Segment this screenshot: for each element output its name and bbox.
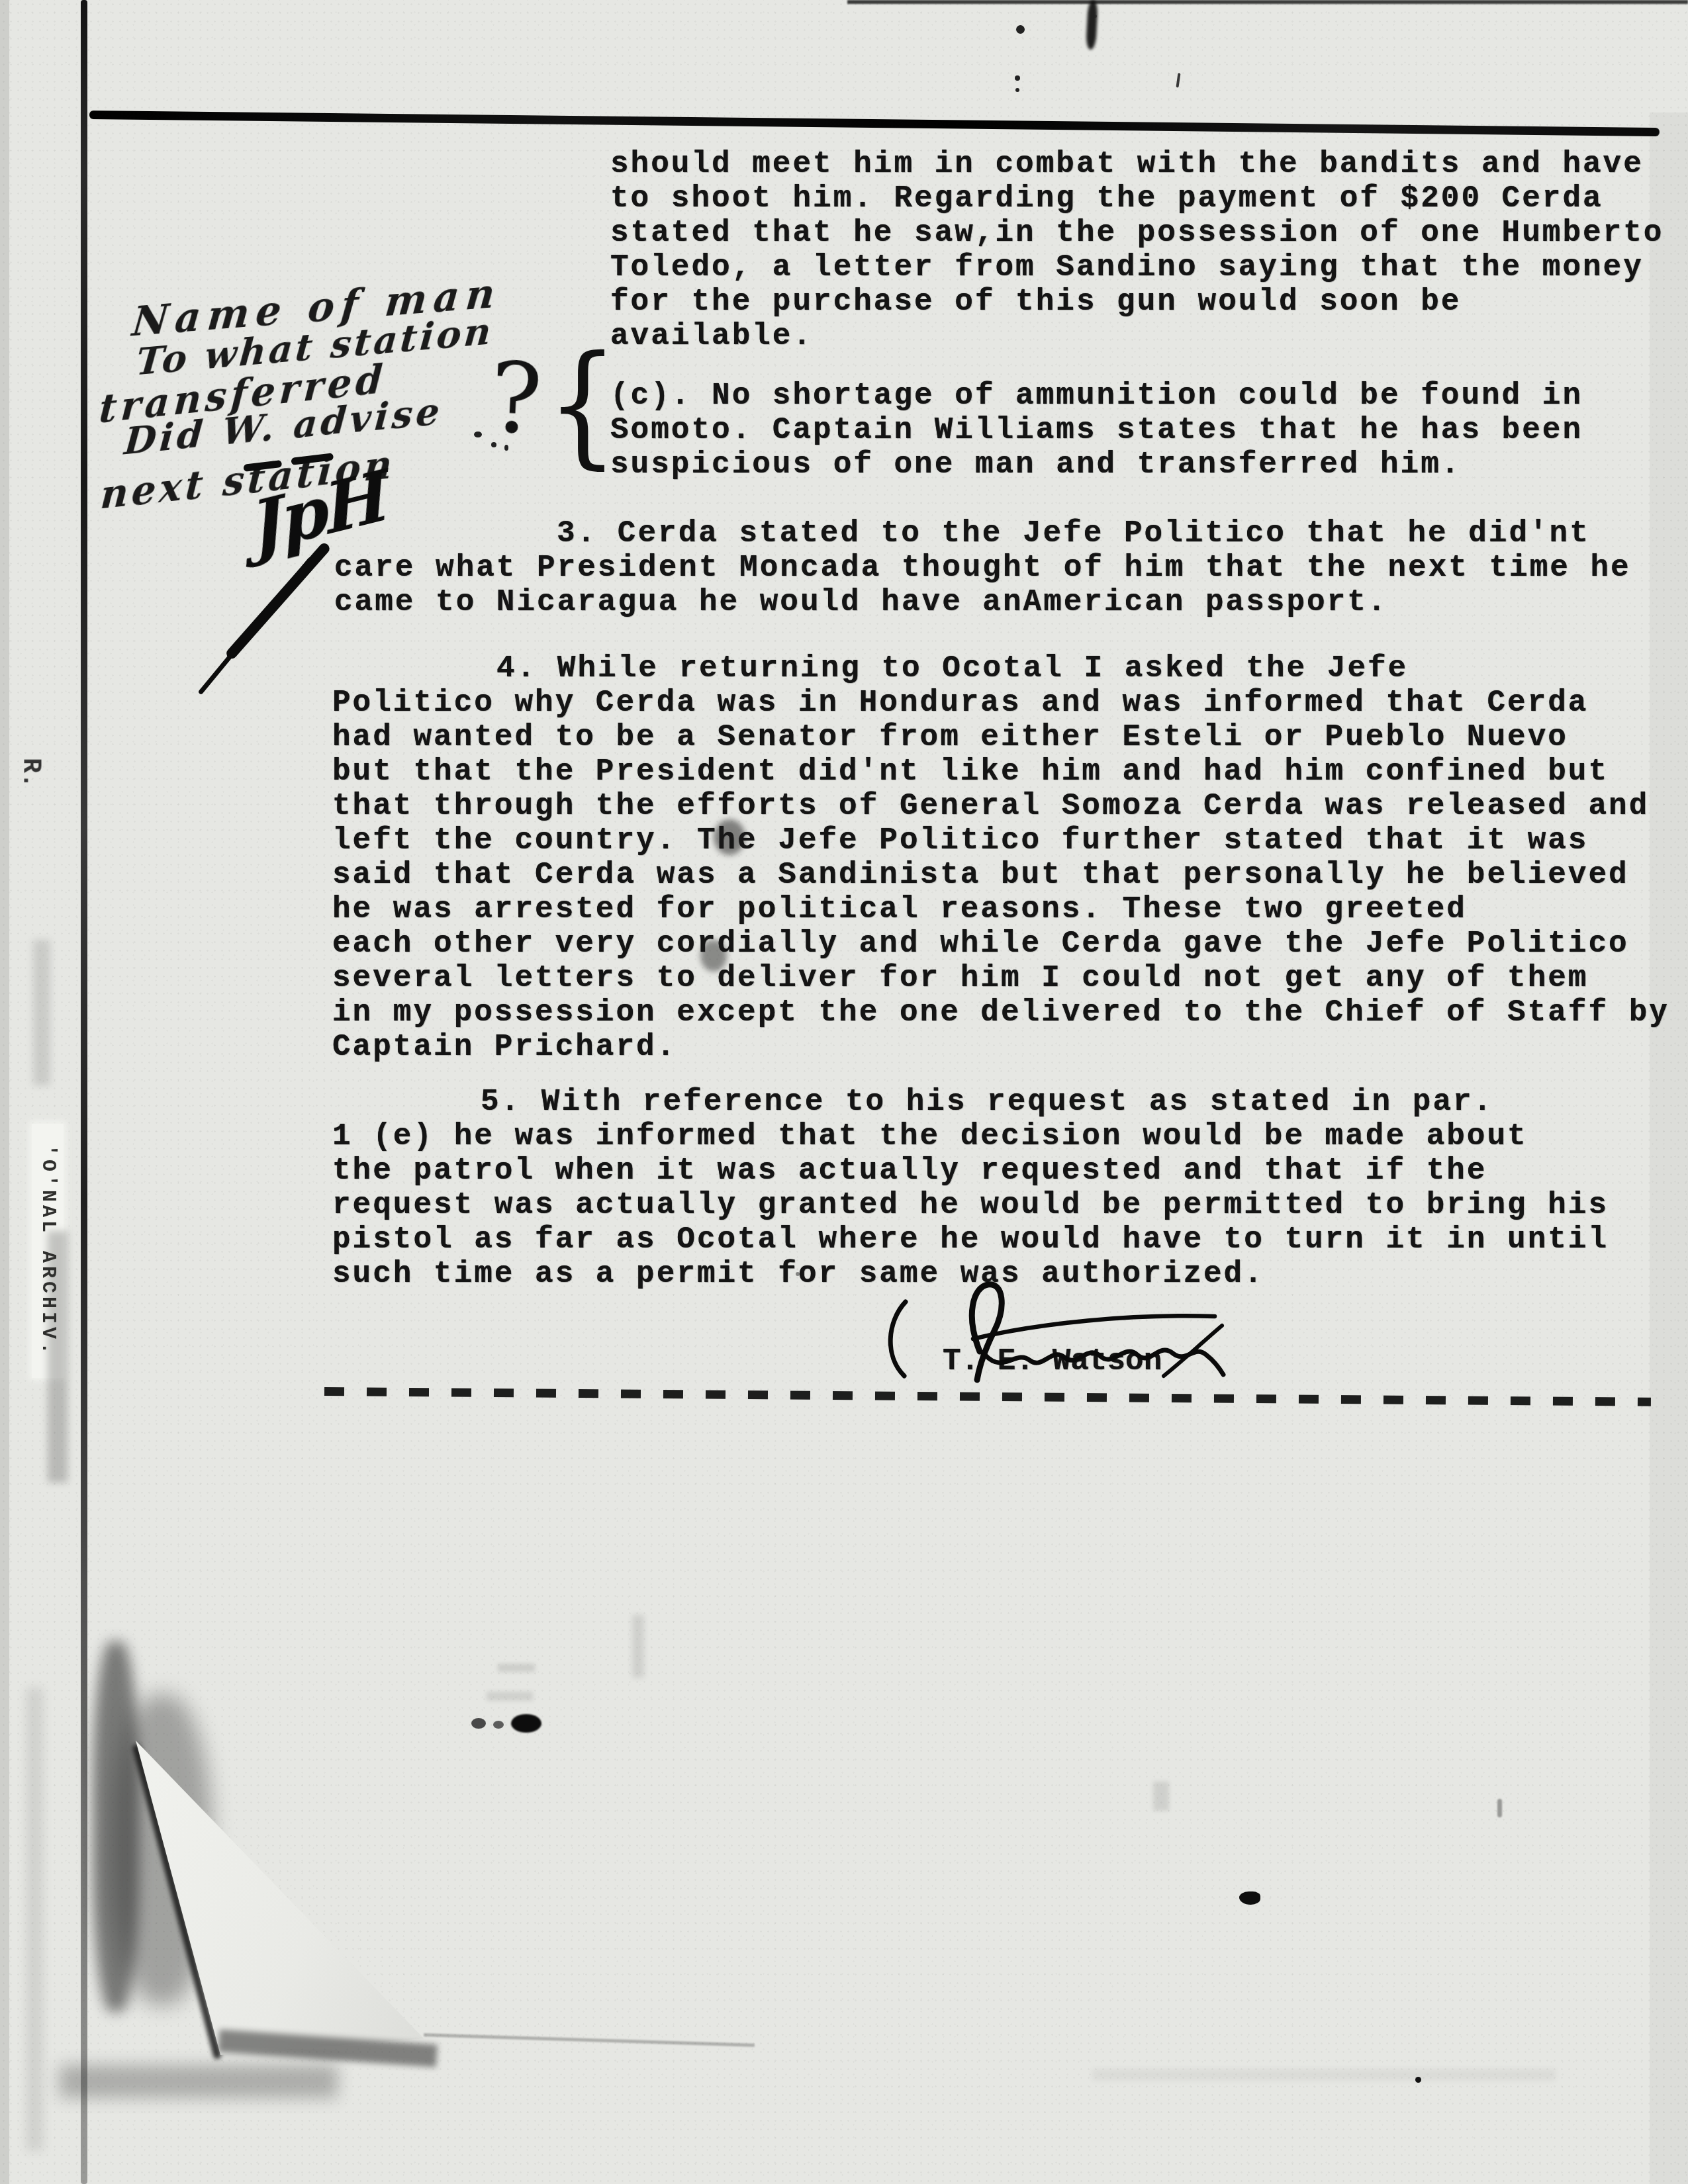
typed-line: came to Nicaragua he would have anAmeric… [334, 585, 1631, 619]
typed-line: each other very cordially and while Cerd… [332, 927, 1669, 961]
ink-blob [1239, 1891, 1260, 1905]
right-scan-edge-shade [1650, 113, 1688, 2184]
top-scan-edge-line [847, 0, 1688, 4]
edge-smudge [26, 1688, 43, 2151]
handwritten-question-mark: ? [487, 348, 544, 450]
typed-line: the patrol when it was actually requeste… [332, 1154, 1609, 1188]
typed-line: 5. With reference to his request as stat… [481, 1085, 1609, 1119]
typed-paragraph-3: 3. Cerda stated to the Jefe Politico tha… [334, 516, 1631, 619]
top-edge-tick [1086, 0, 1098, 50]
typed-line: Captain Prichard. [332, 1030, 1669, 1064]
typed-line: to shoot him. Regarding the payment of $… [610, 181, 1664, 216]
typed-line: several letters to deliver for him I cou… [332, 961, 1669, 995]
typed-line: left the country. The Jefe Politico furt… [332, 823, 1669, 858]
fold-smudge [60, 2065, 338, 2098]
typed-line: said that Cerda was a Sandinista but tha… [332, 858, 1669, 892]
ink-speck [1094, 15, 1097, 18]
typed-line: that through the efforts of General Somo… [332, 789, 1669, 823]
smudge-wisp [487, 1692, 533, 1701]
top-horizontal-rule [89, 111, 1660, 136]
handwritten-brace: { [547, 334, 618, 476]
edge-mark-stamp: R. [16, 747, 45, 799]
ink-blot [700, 940, 727, 972]
smudge-band [1092, 2069, 1556, 2081]
ink-blob [511, 1714, 541, 1733]
ink-speck [1015, 75, 1020, 81]
ink-speck [1176, 73, 1180, 87]
typed-paragraph-4: 4. While returning to Ocotal I asked the… [332, 651, 1669, 1064]
left-scan-edge-shade [0, 0, 9, 2184]
ink-dot [474, 432, 482, 437]
typed-line: request was actually granted he would be… [332, 1188, 1609, 1222]
smudge-wisp [498, 1664, 535, 1672]
edge-mark-text: R. [17, 758, 45, 788]
signature-scrawl [880, 1275, 1231, 1387]
ink-speck [796, 1272, 800, 1276]
typed-line: had wanted to be a Senator from either E… [332, 720, 1669, 754]
scanned-document-page: R. 'O'NAL ARCHIV. should meet him in com… [0, 0, 1688, 2184]
typed-paragraph-c: (c). No shortage of ammunition could be … [610, 379, 1583, 482]
edge-smudge [33, 940, 50, 1085]
typed-line: should meet him in combat with the bandi… [610, 147, 1664, 181]
smudge-wisp [632, 1615, 644, 1678]
typed-line: suspicious of one man and transferred hi… [610, 447, 1583, 482]
typed-paragraph-intro-continuation: should meet him in combat with the bandi… [610, 147, 1664, 353]
ink-blot [714, 819, 745, 855]
typed-line: (c). No shortage of ammunition could be … [610, 379, 1583, 413]
fold-crease-line [424, 2033, 755, 2047]
left-margin-rule [81, 0, 87, 2184]
typed-line: available. [610, 319, 1664, 353]
typed-line: Somoto. Captain Williams states that he … [610, 413, 1583, 447]
typed-line: pistol as far as Ocotal where he would h… [332, 1222, 1609, 1257]
typed-line: care what President Moncada thought of h… [334, 551, 1631, 585]
dashed-separator-rule [324, 1387, 1651, 1406]
edge-smudge [48, 1231, 68, 1482]
ink-blob [471, 1718, 486, 1729]
initials-slash-thin [198, 557, 313, 695]
ink-speck [1497, 1799, 1502, 1817]
typed-paragraph-5: 5. With reference to his request as stat… [332, 1085, 1609, 1291]
smudge-wisp [1153, 1782, 1169, 1811]
typed-line: Toledo, a letter from Sandino saying tha… [610, 250, 1664, 285]
typed-line: stated that he saw,in the possession of … [610, 216, 1664, 250]
ink-blob [493, 1721, 504, 1729]
typed-line: 3. Cerda stated to the Jefe Politico tha… [557, 516, 1631, 551]
typed-line: Politico why Cerda was in Honduras and w… [332, 686, 1669, 720]
typed-line: in my possession except the one delivere… [332, 995, 1669, 1030]
typed-line: but that the President did'nt like him a… [332, 754, 1669, 789]
typed-line: he was arrested for political reasons. T… [332, 892, 1669, 927]
typed-line: 4. While returning to Ocotal I asked the… [496, 651, 1669, 686]
typed-line: for the purchase of this gun would soon … [610, 285, 1664, 319]
typed-line: 1 (e) he was informed that the decision … [332, 1119, 1609, 1154]
page-fold-corner [136, 1739, 427, 2058]
ink-speck [1016, 25, 1025, 34]
